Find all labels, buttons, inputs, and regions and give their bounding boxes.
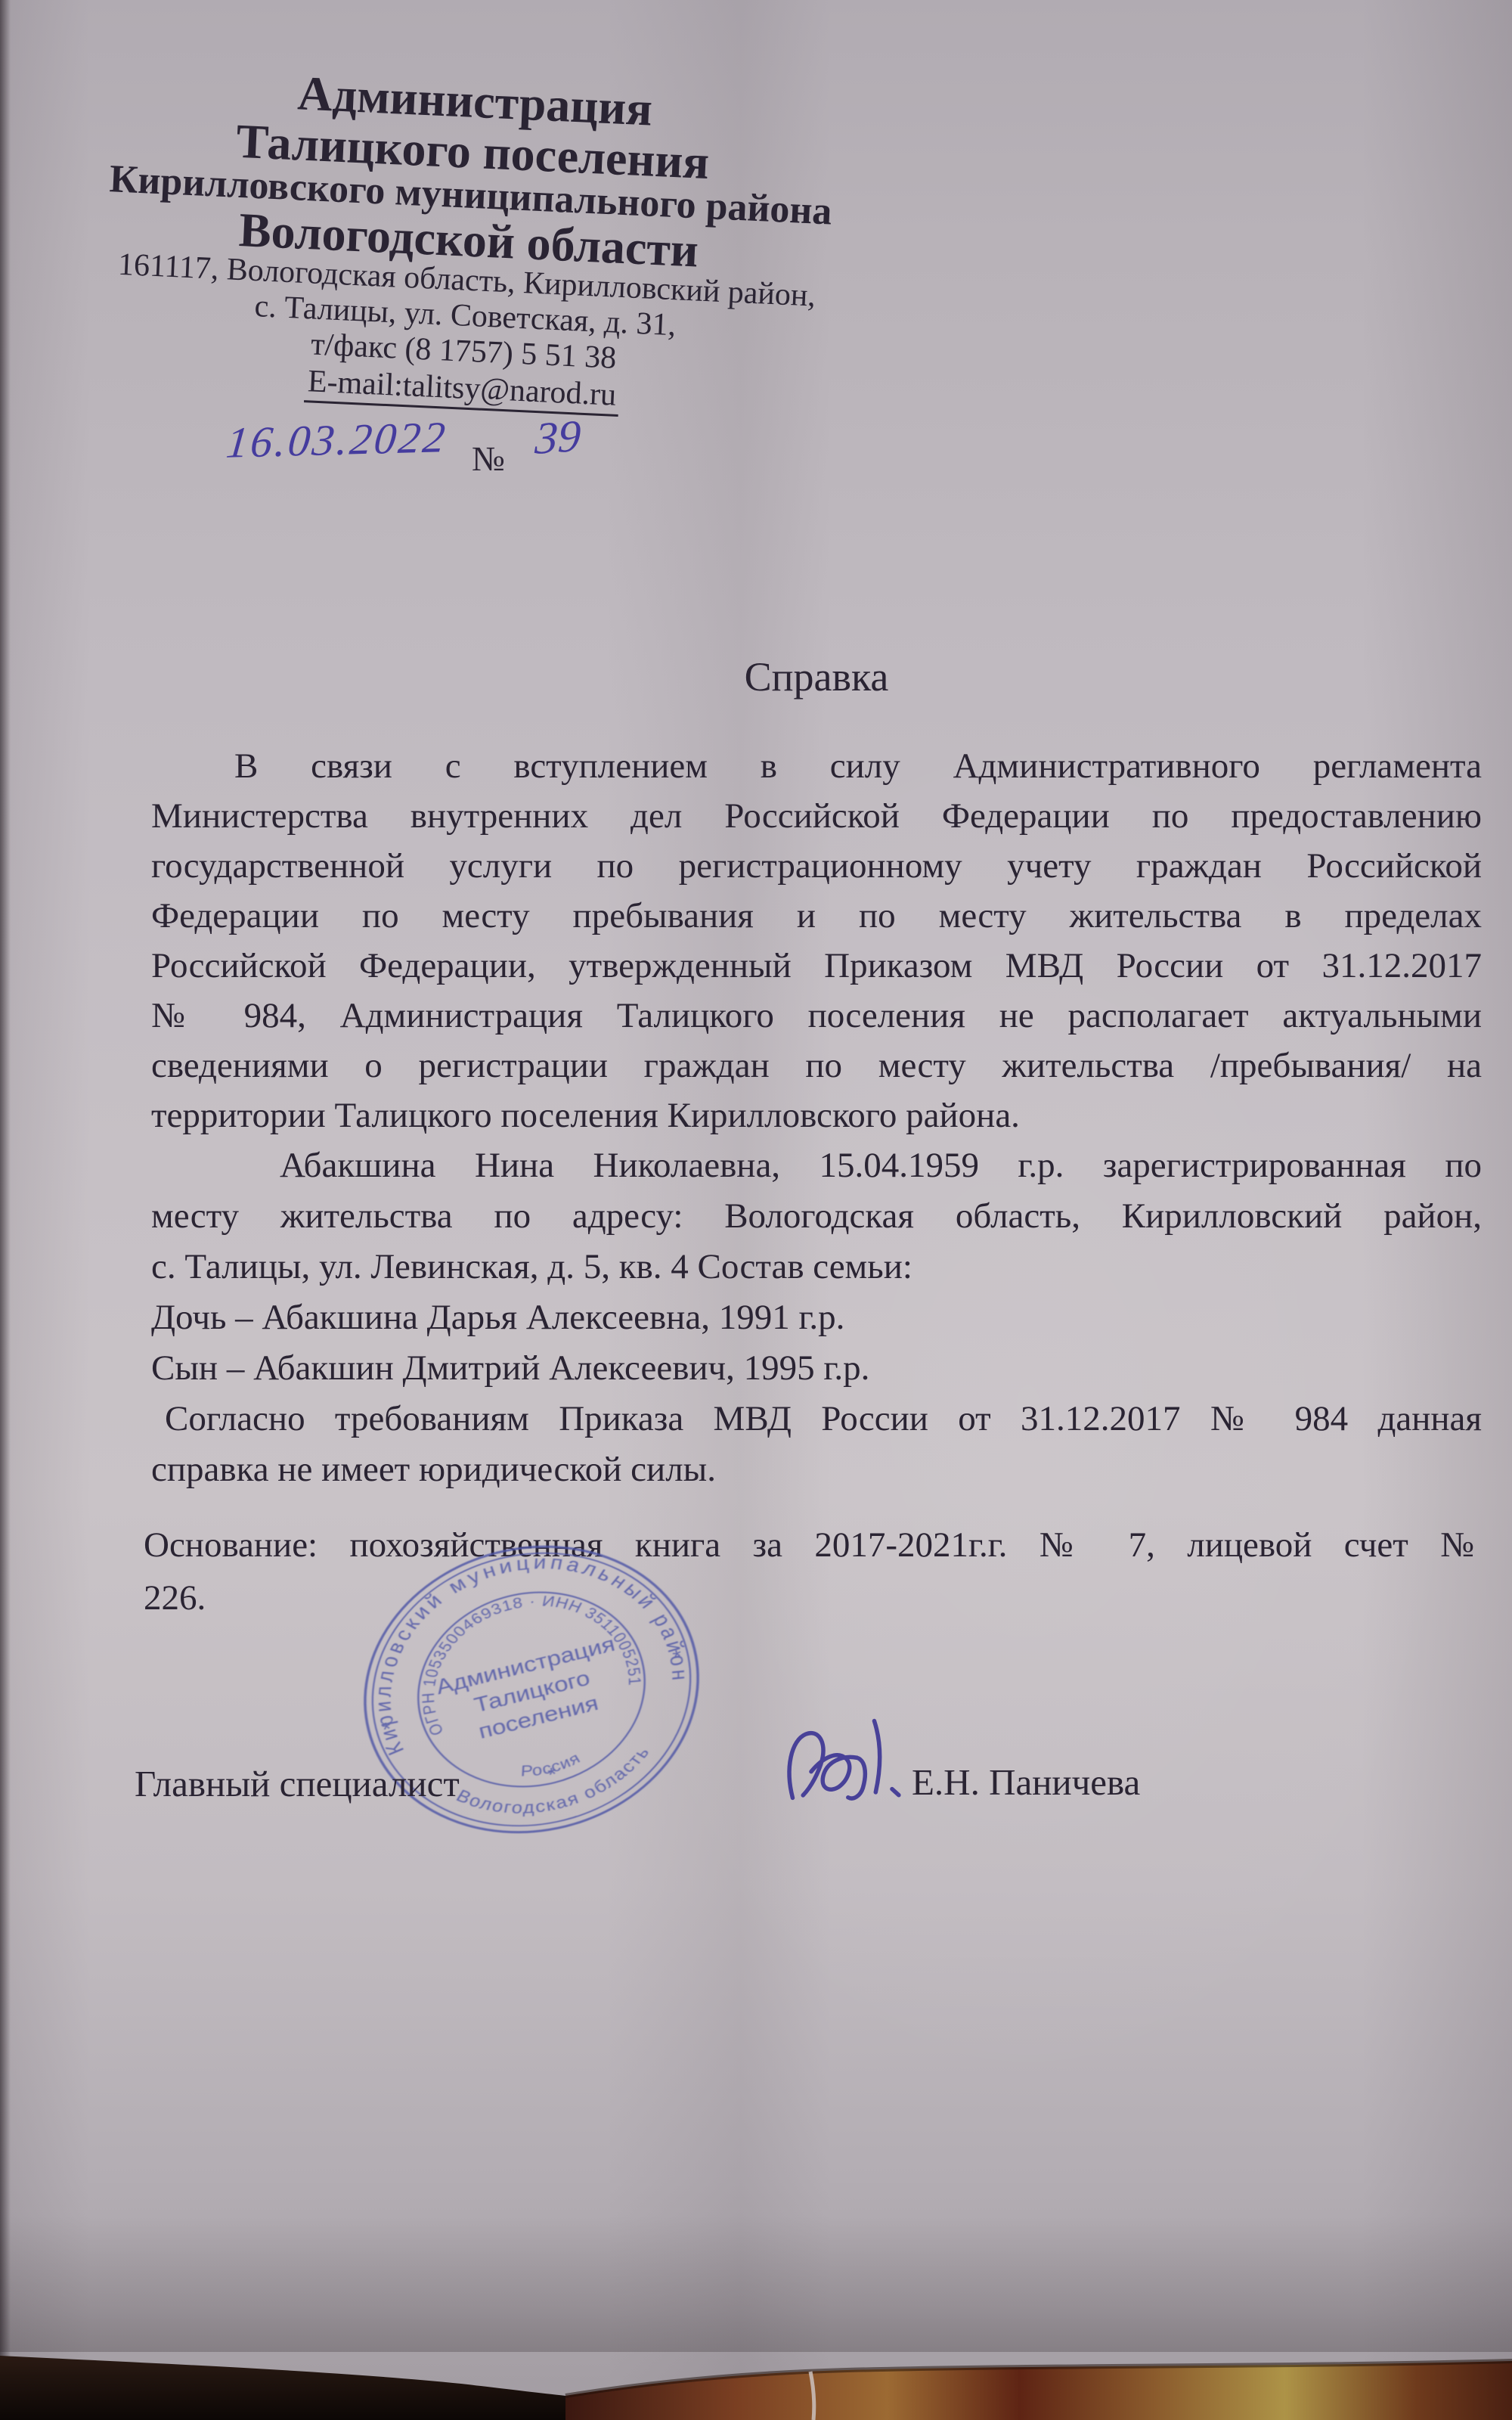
body-line: Согласно требованиям Приказа МВД России … bbox=[151, 1394, 1482, 1444]
body-line: государственной услуги по регистрационно… bbox=[151, 841, 1482, 891]
body-line: справка не имеет юридической силы. bbox=[151, 1444, 1482, 1495]
seal-center-text: Администрация Талицкого поселения bbox=[434, 1632, 631, 1751]
body-line: Российской Федерации, утвержденный Прика… bbox=[151, 941, 1482, 991]
body-line: сведениями о регистрации граждан по мест… bbox=[151, 1041, 1482, 1091]
body-line: Федерации по месту пребывания и по месту… bbox=[151, 891, 1482, 941]
paper-edge-shadow bbox=[0, 2216, 1512, 2352]
paragraph-person: Абакшина Нина Николаевна, 15.04.1959 г.р… bbox=[151, 1140, 1482, 1495]
letterhead: Администрация Талицкого поселения Кирилл… bbox=[76, 55, 861, 425]
body-line: месту жительства по адресу: Вологодская … bbox=[151, 1191, 1482, 1242]
photo-of-document: Администрация Талицкого поселения Кирилл… bbox=[0, 0, 1512, 2420]
signature-stroke bbox=[785, 1732, 828, 1798]
family-member-line: Сын – Абакшин Дмитрий Алексеевич, 1995 г… bbox=[151, 1343, 1482, 1394]
body-line: с. Талицы, ул. Левинская, д. 5, кв. 4 Со… bbox=[151, 1242, 1482, 1292]
seal-graphic: Кирилловский муниципальный район Вологод… bbox=[334, 1512, 728, 1866]
signature-stroke bbox=[868, 1720, 884, 1792]
family-member-line: Дочь – Абакшина Дарья Алексеевна, 1991 г… bbox=[151, 1292, 1482, 1343]
body-line: Министерства внутренних дел Российской Ф… bbox=[151, 791, 1482, 841]
signatory-position: Главный специалист bbox=[135, 1762, 460, 1805]
round-seal: Кирилловский муниципальный район Вологод… bbox=[312, 1500, 751, 1879]
wood-grain-edge bbox=[565, 2361, 1512, 2420]
document-title: Справка bbox=[151, 653, 1482, 700]
body-line: территории Талицкого поселения Кирилловс… bbox=[151, 1091, 1482, 1140]
body-line: № 984, Администрация Талицкого поселения… bbox=[151, 991, 1482, 1041]
table-dark-edge bbox=[0, 2356, 565, 2420]
handwritten-doc-number: 39 bbox=[534, 410, 582, 465]
signatory-name: Е.Н. Паничева bbox=[912, 1761, 1140, 1804]
signature-stroke bbox=[892, 1789, 899, 1796]
number-sign: № bbox=[472, 439, 505, 479]
handwritten-date: 16.03.2022 bbox=[224, 411, 449, 468]
body-line: В связи с вступлением в силу Администрат… bbox=[151, 741, 1482, 791]
paragraph-regulation: В связи с вступлением в силу Администрат… bbox=[151, 741, 1482, 1140]
body-line: Абакшина Нина Николаевна, 15.04.1959 г.р… bbox=[151, 1140, 1482, 1191]
